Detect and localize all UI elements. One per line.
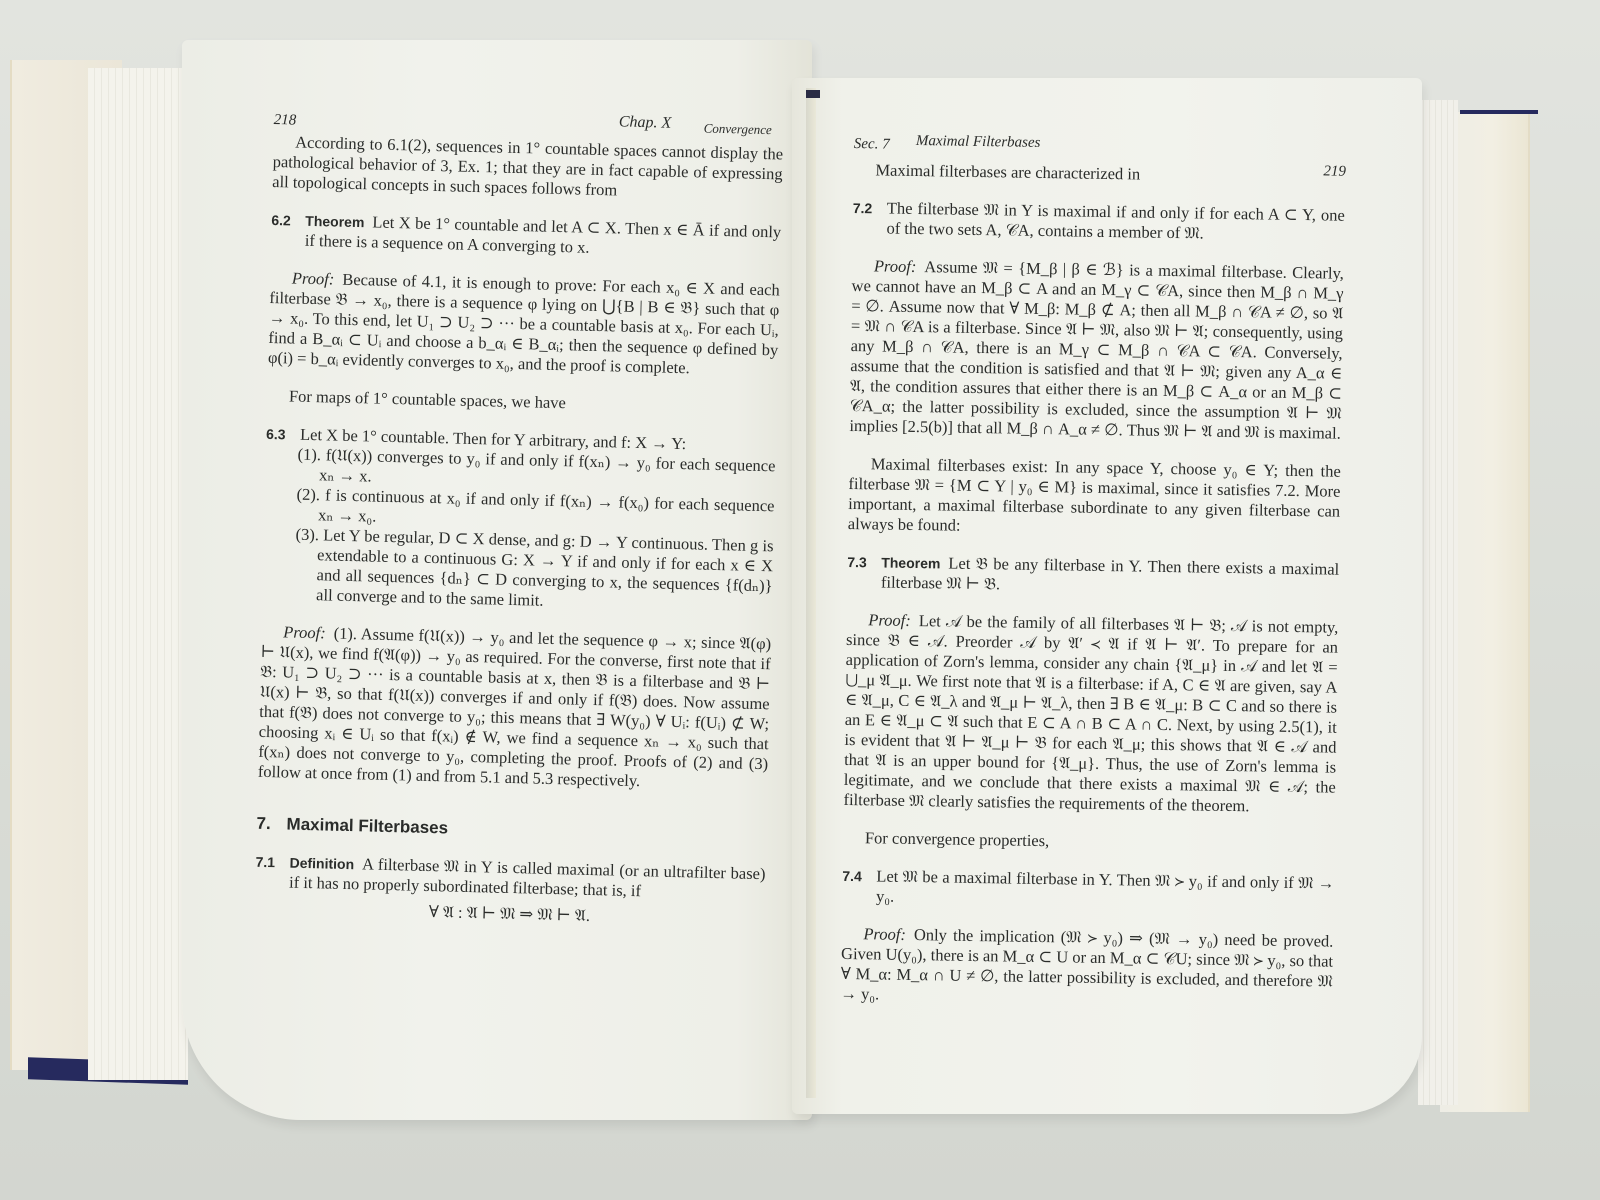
definition-text: A filterbase 𝔐 in Y is called maximal (o… bbox=[289, 854, 766, 900]
theorem-number: 7.3 bbox=[847, 552, 881, 573]
proof-text: Assume 𝔐 = {M_β | β ∈ ℬ} is a maximal fi… bbox=[849, 257, 1344, 443]
proof-label: Proof: bbox=[874, 256, 917, 276]
proposition-number: 6.3 bbox=[266, 424, 300, 445]
definition-number: 7.1 bbox=[255, 852, 289, 873]
proof-7-4: Proof:Only the implication (𝔐 ≻ y₀) ⇒ (𝔐… bbox=[840, 924, 1333, 1012]
section-number: 7. bbox=[256, 814, 286, 835]
book-gutter bbox=[806, 88, 816, 1098]
proof-label: Proof: bbox=[868, 610, 911, 630]
page-number: 218 bbox=[274, 110, 297, 131]
running-head-right: Sec. 7 Maximal Filterbases 219 bbox=[854, 134, 1346, 164]
proof-label: Proof: bbox=[283, 622, 326, 642]
theorem-label: Theorem bbox=[881, 554, 940, 571]
left-page-content: 218 Chap. X Convergence According to 6.1… bbox=[254, 110, 784, 930]
spine-shadow bbox=[806, 90, 820, 98]
definition-label: Definition bbox=[289, 855, 354, 873]
maps-intro: For maps of 1° countable spaces, we have bbox=[267, 386, 777, 418]
proposition-text: Let 𝔐 be a maximal filterbase in Y. Then… bbox=[876, 866, 1335, 905]
existence-paragraph: Maximal filterbases exist: In any space … bbox=[848, 454, 1341, 542]
chapter-title: Convergence bbox=[703, 119, 772, 141]
convergence-intro: For convergence properties, bbox=[843, 828, 1335, 856]
intro-paragraph: According to 6.1(2), sequences in 1° cou… bbox=[272, 132, 783, 204]
proposition-7-2: 7.2The filterbase 𝔐 in Y is maximal if a… bbox=[852, 198, 1345, 246]
display-equation: ∀ 𝔄 : 𝔄 ⊢ 𝔐 ⇒ 𝔐 ⊢ 𝔄. bbox=[254, 898, 764, 930]
proposition-text: The filterbase 𝔐 in Y is maximal if and … bbox=[886, 199, 1345, 243]
proof-label: Proof: bbox=[292, 268, 335, 288]
theorem-7-3: 7.3TheoremLet 𝔅 be any filterbase in Y. … bbox=[847, 552, 1340, 600]
definition-7-1: 7.1DefinitionA filterbase 𝔐 in Y is call… bbox=[255, 852, 766, 904]
left-page: 218 Chap. X Convergence According to 6.1… bbox=[182, 40, 812, 1120]
proof-6-2: Proof:Because of 4.1, it is enough to pr… bbox=[268, 268, 780, 380]
theorem-text: Let X be 1° countable and let A ⊂ X. The… bbox=[305, 212, 782, 256]
section-label: Sec. 7 bbox=[854, 134, 890, 155]
proof-text: (1). Assume f(𝔘(x)) → y₀ and let the seq… bbox=[258, 624, 772, 791]
proposition-number: 7.2 bbox=[853, 198, 887, 219]
theorem-label: Theorem bbox=[305, 213, 364, 230]
proof-text: Let 𝒜 be the family of all filterbases 𝔄… bbox=[843, 611, 1338, 815]
proposition-item-3: (3). Let Y be regular, D ⊂ X dense, and … bbox=[262, 524, 774, 616]
intro-paragraph: Maximal filterbases are characterized in bbox=[853, 160, 1345, 188]
proposition-7-4: 7.4Let 𝔐 be a maximal filterbase in Y. T… bbox=[842, 866, 1335, 914]
proof-text: Only the implication (𝔐 ≻ y₀) ⇒ (𝔐 → y₀)… bbox=[840, 925, 1333, 1003]
proof-7-3: Proof:Let 𝒜 be the family of all filterb… bbox=[843, 610, 1338, 818]
right-page-content: Sec. 7 Maximal Filterbases 219 Maximal f… bbox=[840, 134, 1346, 1012]
proof-7-2: Proof:Assume 𝔐 = {M_β | β ∈ ℬ} is a maxi… bbox=[849, 256, 1344, 444]
page-stack-right bbox=[1418, 100, 1458, 1105]
proposition-number: 7.4 bbox=[842, 866, 876, 887]
page-stack-left bbox=[88, 68, 188, 1080]
proof-text: Because of 4.1, it is enough to prove: F… bbox=[268, 270, 780, 378]
section-heading: 7.Maximal Filterbases bbox=[256, 814, 766, 846]
proof-6-3: Proof:(1). Assume f(𝔘(x)) → y₀ and let t… bbox=[258, 622, 772, 794]
section-title: Maximal Filterbases bbox=[286, 815, 448, 838]
proof-label: Proof: bbox=[863, 924, 906, 944]
theorem-number: 6.2 bbox=[271, 210, 305, 231]
theorem-text: Let 𝔅 be any filterbase in Y. Then there… bbox=[881, 554, 1340, 594]
chapter-label: Chap. X bbox=[619, 112, 672, 133]
right-page: Sec. 7 Maximal Filterbases 219 Maximal f… bbox=[792, 78, 1422, 1114]
theorem-6-2: 6.2TheoremLet X be 1° countable and let … bbox=[271, 210, 782, 262]
page-number: 219 bbox=[1323, 161, 1346, 181]
book-cover-edge-top bbox=[1460, 110, 1538, 114]
section-running-title: Maximal Filterbases bbox=[916, 131, 1041, 153]
